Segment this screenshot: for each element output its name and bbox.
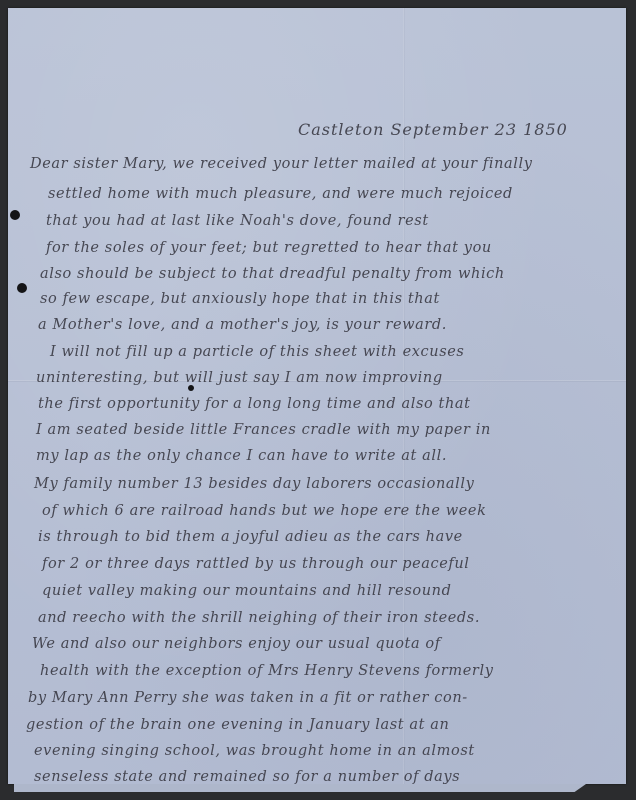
letter-line: for 2 or three days rattled by us throug… bbox=[42, 556, 470, 572]
letter-line: my lap as the only chance I can have to … bbox=[36, 448, 447, 464]
letter-line: Dear sister Mary, we received your lette… bbox=[30, 156, 533, 172]
scan-background: Castleton September 23 1850 Dear sister … bbox=[0, 0, 636, 800]
letter-page: Castleton September 23 1850 Dear sister … bbox=[8, 8, 626, 784]
binding-hole-bottom bbox=[17, 283, 27, 293]
letter-line: gestion of the brain one evening in Janu… bbox=[26, 717, 450, 733]
letter-line: senseless state and remained so for a nu… bbox=[34, 769, 460, 785]
folded-paper-edge bbox=[14, 784, 586, 792]
letter-line: health with the exception of Mrs Henry S… bbox=[40, 663, 494, 679]
letter-line: evening singing school, was brought home… bbox=[34, 743, 475, 759]
letter-line: My family number 13 besides day laborers… bbox=[34, 476, 474, 492]
letter-line: that you had at last like Noah's dove, f… bbox=[46, 213, 429, 229]
letter-line: also should be subject to that dreadful … bbox=[40, 266, 505, 282]
letter-line: quiet valley making our mountains and hi… bbox=[42, 583, 451, 599]
letter-line: uninteresting, but will just say I am no… bbox=[36, 370, 443, 386]
letter-line: so few escape, but anxiously hope that i… bbox=[40, 291, 440, 307]
letter-line: of which 6 are railroad hands but we hop… bbox=[42, 503, 486, 519]
letter-line: by Mary Ann Perry she was taken in a fit… bbox=[28, 690, 468, 706]
letter-line: for the soles of your feet; but regrette… bbox=[46, 240, 492, 256]
letter-line: and reecho with the shrill neighing of t… bbox=[38, 610, 480, 626]
letter-line: settled home with much pleasure, and wer… bbox=[48, 186, 513, 202]
binding-hole-top bbox=[10, 210, 20, 220]
letter-line: We and also our neighbors enjoy our usua… bbox=[32, 636, 441, 652]
letter-line: I will not fill up a particle of this sh… bbox=[50, 344, 464, 360]
letter-line: the first opportunity for a long long ti… bbox=[38, 396, 471, 412]
letter-line: a Mother's love, and a mother's joy, is … bbox=[38, 317, 447, 333]
letter-line: I am seated beside little Frances cradle… bbox=[36, 422, 491, 438]
letter-dateline: Castleton September 23 1850 bbox=[298, 120, 568, 139]
letter-line: is through to bid them a joyful adieu as… bbox=[38, 529, 463, 545]
